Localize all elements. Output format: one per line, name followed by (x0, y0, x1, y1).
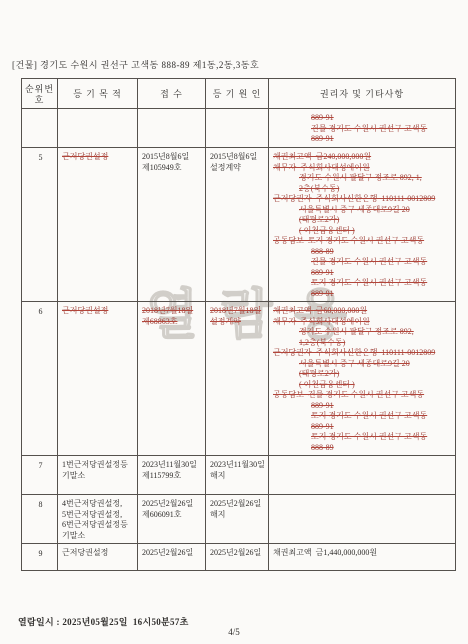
cell-purpose: 4번근저당권설정,5번근저당권설정,6번근저당권설정등기말소 (58, 495, 138, 544)
detail-line: 건물 경기도 수원시 권선구 고색동 (273, 257, 453, 268)
detail-line: 2018년7월18일 (210, 306, 266, 317)
detail-line: 6번근저당권설정등 (62, 520, 135, 531)
detail-line: 2023년11월30일 (210, 460, 266, 471)
table-row: 84번근저당권설정,5번근저당권설정,6번근저당권설정등기말소2025년2월26… (22, 495, 456, 544)
detail-line: 건물 경기도 수원시 권선구 고색동 (273, 124, 453, 135)
header-details: 권리자 및 기타사항 (269, 79, 456, 109)
cell-purpose (58, 109, 138, 148)
cell-receipt (138, 109, 206, 148)
detail-line: 2025년2월26일 (142, 499, 203, 510)
detail-line: ( 이천금융센터 ) (273, 380, 453, 391)
detail-line: 2025년2월26일 (142, 548, 203, 559)
cell-purpose: 근저당권설정 (58, 544, 138, 571)
detail-line: 2층(북수동) (273, 184, 453, 195)
cell-rank-number: 8 (22, 495, 58, 544)
detail-line: 5번근저당권설정, (62, 510, 135, 521)
cell-cause: 2025년2월26일 (206, 544, 269, 571)
detail-line: 토지 경기도 수원시 권선구 고색동 (273, 432, 453, 443)
detail-line: 설정계약 (210, 317, 266, 328)
detail-line: 채권최고액 금1,440,000,000원 (273, 548, 453, 559)
detail-line: 근저당권자 주식회사신한은행 110111-0012809 (273, 348, 453, 359)
detail-line: 1,2층(북수동) (273, 338, 453, 349)
cell-rank-number (22, 109, 58, 148)
detail-line: 2025년2월26일 (210, 548, 266, 559)
detail-line: 888-89 (273, 443, 453, 454)
detail-line: 제606091호 (142, 510, 203, 521)
detail-line: 근저당권설정 (62, 152, 135, 163)
detail-line: 889-91 (273, 268, 453, 279)
cell-details (269, 495, 456, 544)
detail-line: (태평로2가) (273, 215, 453, 226)
detail-line: 제115799호 (142, 471, 203, 482)
cell-receipt: 2023년11월30일제115799호 (138, 456, 206, 495)
table-header: 순위번호 등 기 목 적 접 수 등 기 원 인 권리자 및 기타사항 (22, 79, 456, 109)
detail-line: 토지 경기도 수원시 권선구 고색동 (273, 411, 453, 422)
registry-table-body: 889-91건물 경기도 수원시 권선구 고색동889-915근저당권설정201… (22, 109, 456, 571)
cell-cause: 2015년8월6일설정계약 (206, 148, 269, 302)
detail-line: 2018년7월18일 (142, 306, 203, 317)
table-row: 9근저당권설정2025년2월26일2025년2월26일채권최고액 금1,440,… (22, 544, 456, 571)
detail-line: 제105949호 (142, 163, 203, 174)
detail-line: 제68863호 (142, 317, 203, 328)
cell-details: 채권최고액 금1,440,000,000원 (269, 544, 456, 571)
table-row: 5근저당권설정2015년8월6일제105949호2015년8월6일설정계약채권최… (22, 148, 456, 302)
detail-line: 공동담보 건물 경기도 수원시 권선구 고색동 (273, 390, 453, 401)
detail-line: 근저당권설정 (62, 548, 135, 559)
cell-rank-number: 5 (22, 148, 58, 302)
detail-line: 경기도 수원시 팔달구 정조로 892, 1, (273, 173, 453, 184)
detail-line: 889-91 (273, 401, 453, 412)
detail-line: 1번근저당권설정등 (62, 460, 135, 471)
detail-line: 889-91 (273, 289, 453, 300)
header-rank: 순위번호 (22, 79, 58, 109)
detail-line: 2015년8월6일 (142, 152, 203, 163)
cell-receipt: 2025년2월26일제606091호 (138, 495, 206, 544)
detail-line: 기말소 (62, 471, 135, 482)
page-number: 4/5 (0, 627, 468, 637)
detail-line: 경기도 수원시 팔달구 정조로 892, (273, 327, 453, 338)
detail-line: 2023년11월30일 (142, 460, 203, 471)
header-receipt: 접 수 (138, 79, 206, 109)
detail-line: 889-91 (273, 134, 453, 145)
cell-details: 889-91건물 경기도 수원시 권선구 고색동889-91 (269, 109, 456, 148)
cell-purpose: 근저당권설정 (58, 302, 138, 456)
table-row: 6근저당권설정2018년7월18일제68863호2018년7월18일설정계약채권… (22, 302, 456, 456)
cell-rank-number: 9 (22, 544, 58, 571)
detail-line: 889-91 (273, 422, 453, 433)
detail-line: 2025년2월26일 (210, 499, 266, 510)
cell-purpose: 근저당권설정 (58, 148, 138, 302)
document-title: [건물] 경기도 수원시 권선구 고색동 888-89 제1동,2동,3동호 (12, 58, 259, 71)
detail-line: 기말소 (62, 531, 135, 542)
cell-details: 채권최고액 금60,000,000원채무자 주식회사대성에이원경기도 수원시 팔… (269, 302, 456, 456)
cell-purpose: 1번근저당권설정등기말소 (58, 456, 138, 495)
cell-receipt: 2018년7월18일제68863호 (138, 302, 206, 456)
detail-line: (태평로2가) (273, 369, 453, 380)
detail-line: 근저당권설정 (62, 306, 135, 317)
detail-line: ( 이천금융센터 ) (273, 226, 453, 237)
detail-line: 채권최고액 금240,000,000원 (273, 152, 453, 163)
detail-line: 서울특별시 중구 세종대로9길 20 (273, 205, 453, 216)
cell-details (269, 456, 456, 495)
detail-line: 4번근저당권설정, (62, 499, 135, 510)
detail-line: 채권최고액 금60,000,000원 (273, 306, 453, 317)
detail-line: 근저당권자 주식회사신한은행 110111-0012809 (273, 194, 453, 205)
cell-cause: 2018년7월18일설정계약 (206, 302, 269, 456)
detail-line: 채무자 주식회사대성에이원 (273, 163, 453, 174)
detail-line: 설정계약 (210, 163, 266, 174)
table-row: 889-91건물 경기도 수원시 권선구 고색동889-91 (22, 109, 456, 148)
detail-line: 채무자 주식회사대성에이원 (273, 317, 453, 328)
header-purpose: 등 기 목 적 (58, 79, 138, 109)
cell-receipt: 2025년2월26일 (138, 544, 206, 571)
cell-rank-number: 7 (22, 456, 58, 495)
cell-cause: 2025년2월26일해지 (206, 495, 269, 544)
detail-line: 해지 (210, 471, 266, 482)
cell-rank-number: 6 (22, 302, 58, 456)
table-row: 71번근저당권설정등기말소2023년11월30일제115799호2023년11월… (22, 456, 456, 495)
cell-cause (206, 109, 269, 148)
header-cause: 등 기 원 인 (206, 79, 269, 109)
detail-line: 2015년8월6일 (210, 152, 266, 163)
detail-line: 해지 (210, 510, 266, 521)
detail-line: 888-89 (273, 247, 453, 258)
detail-line: 889-91 (273, 113, 453, 124)
cell-receipt: 2015년8월6일제105949호 (138, 148, 206, 302)
registry-table: 순위번호 등 기 목 적 접 수 등 기 원 인 권리자 및 기타사항 889-… (21, 78, 456, 571)
detail-line: 토지 경기도 수원시 권선구 고색동 (273, 278, 453, 289)
detail-line: 공동담보 토지 경기도 수원시 권선구 고색동 (273, 236, 453, 247)
detail-line: 서울특별시 중구 세종대로9길 20 (273, 359, 453, 370)
cell-details: 채권최고액 금240,000,000원채무자 주식회사대성에이원경기도 수원시 … (269, 148, 456, 302)
cell-cause: 2023년11월30일해지 (206, 456, 269, 495)
